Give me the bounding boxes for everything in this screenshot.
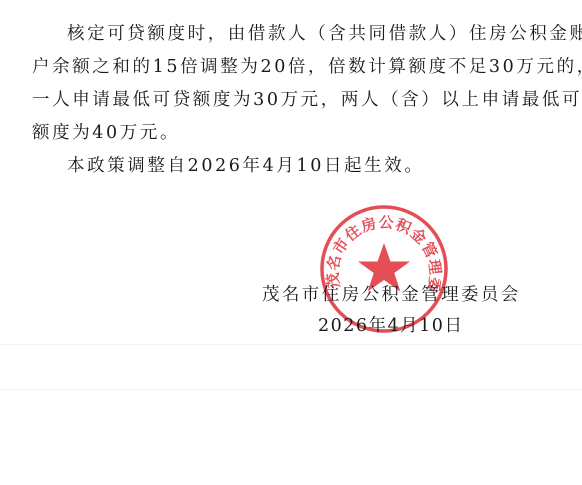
paragraph-1-line-1: 核定可贷额度时，由借款人（含共同借款人）住房公积金账 bbox=[67, 24, 582, 44]
paragraph-1-line-2: 户余额之和的15倍调整为20倍，倍数计算额度不足30万元的， bbox=[32, 57, 582, 77]
document-page: 核定可贷额度时，由借款人（含共同借款人）住房公积金账 户余额之和的15倍调整为2… bbox=[0, 0, 582, 485]
paragraph-2-line-1: 本政策调整自2026年4月10日起生效。 bbox=[67, 156, 424, 176]
scan-divider bbox=[0, 389, 582, 390]
scan-divider bbox=[0, 344, 582, 345]
paragraph-1-line-3: 一人申请最低可贷额度为30万元，两人（含）以上申请最低可贷 bbox=[32, 90, 582, 110]
signature-organization: 茂名市住房公积金管理委员会 bbox=[262, 285, 521, 305]
paragraph-1-line-4: 额度为40万元。 bbox=[32, 123, 180, 143]
signature-date: 2026年4月10日 bbox=[318, 316, 463, 336]
